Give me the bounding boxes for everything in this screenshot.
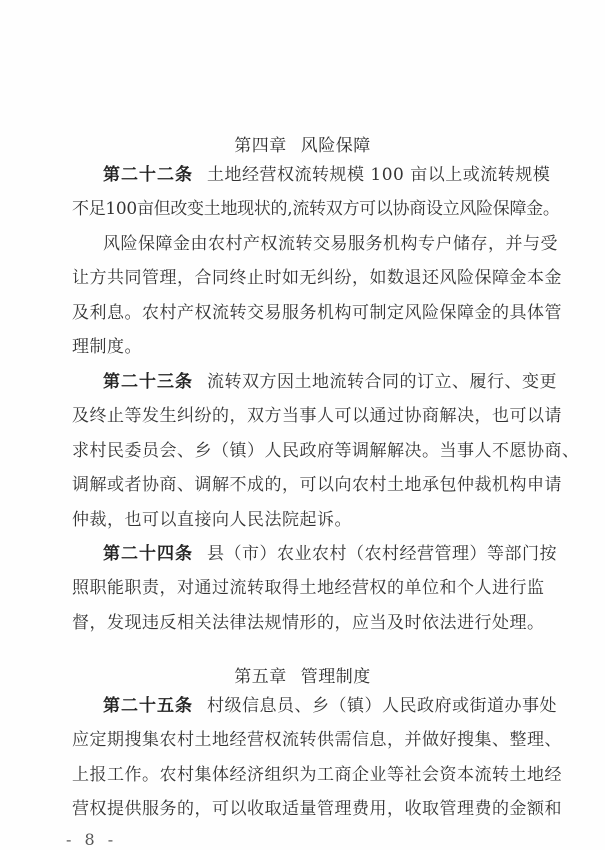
article-text: 县（市）农业农村（农村经营管理）等部门按 [207, 544, 557, 564]
article-number: 第二十二条 [103, 165, 193, 185]
article-24-line-3: 督，发现违反相关法律法规情形的，应当及时依法进行处理。 [72, 611, 528, 635]
chapter-number: 第四章 [234, 136, 287, 156]
article-text: 村级信息员、乡（镇）人民政府或街道办事处 [207, 696, 557, 716]
article-22-line-1: 第二十二条土地经营权流转规模 100 亩以上或流转规模 [103, 163, 528, 187]
article-text: 流转双方因土地流转合同的订立、履行、变更 [207, 372, 557, 392]
article-23-line-3: 求村民委员会、乡（镇）人民政府等调解解决。当事人不愿协商、 [72, 439, 528, 463]
article-23-line-2: 及终止等发生纠纷的，双方当事人可以通过协商解决，也可以请 [72, 404, 528, 428]
article-22-para2-line-2: 让方共同管理，合同终止时如无纠纷，如数退还风险保障金本金 [72, 266, 528, 290]
page-number: - 8 - [66, 830, 117, 849]
article-22-line-2: 不足100亩但改变土地现状的,流转双方可以协商设立风险保障金。 [72, 197, 528, 221]
chapter-title: 风险保障 [301, 136, 371, 156]
article-25-line-1: 第二十五条村级信息员、乡（镇）人民政府或街道办事处 [103, 694, 528, 718]
article-23-line-1: 第二十三条流转双方因土地流转合同的订立、履行、变更 [103, 370, 528, 394]
document-page: 第四章风险保障 第二十二条土地经营权流转规模 100 亩以上或流转规模 不足10… [0, 0, 605, 850]
chapter-number: 第五章 [234, 667, 287, 687]
chapter-heading-4: 第四章风险保障 [0, 134, 605, 158]
article-number: 第二十三条 [103, 372, 193, 392]
article-22-para2-line-3: 及利息。农村产权流转交易服务机构可制定风险保障金的具体管 [72, 301, 528, 325]
article-23-line-5: 仲裁，也可以直接向人民法院起诉。 [72, 508, 528, 532]
article-24-line-2: 照职能职责，对通过流转取得土地经营权的单位和个人进行监 [72, 576, 528, 600]
article-text: 土地经营权流转规模 100 亩以上或流转规模 [207, 165, 550, 185]
chapter-heading-5: 第五章管理制度 [0, 665, 605, 689]
article-25-line-2: 应定期搜集农村土地经营权流转供需信息，并做好搜集、整理、 [72, 728, 528, 752]
article-22-para2-line-1: 风险保障金由农村产权流转交易服务机构专户储存，并与受 [103, 232, 528, 256]
article-25-line-4: 营权提供服务的，可以收取适量管理费用，收取管理费的金额和 [72, 797, 528, 821]
article-25-line-3: 上报工作。农村集体经济组织为工商企业等社会资本流转土地经 [72, 763, 528, 787]
article-22-para2-line-4: 理制度。 [72, 335, 528, 359]
article-number: 第二十五条 [103, 696, 193, 716]
article-23-line-4: 调解或者协商、调解不成的，可以向农村土地承包仲裁机构申请 [72, 473, 528, 497]
chapter-title: 管理制度 [301, 667, 371, 687]
article-number: 第二十四条 [103, 544, 193, 564]
article-24-line-1: 第二十四条县（市）农业农村（农村经营管理）等部门按 [103, 542, 528, 566]
